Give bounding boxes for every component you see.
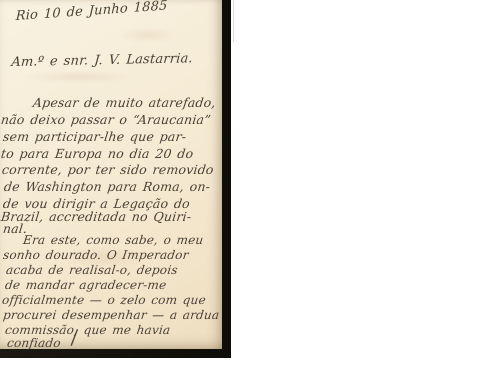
letter-line: to para Europa no dia 20 do (0, 146, 194, 161)
letter-salutation: Am.º e snr. J. V. Lastarria. (11, 51, 194, 70)
letter-line: Era este, como sabe, o meu (22, 233, 204, 247)
letter-line: procurei desempenhar — a ardua (2, 308, 220, 322)
letter-line: sonho dourado. O Imperador (2, 248, 189, 262)
ink-showthrough (118, 26, 178, 44)
letter-line: de mandar agradecer-me (4, 278, 167, 292)
letter-line: de Washington para Roma, on- (3, 179, 211, 194)
letter-line: acaba de realisal-o, depois (5, 263, 178, 277)
letter-paper: Rio 10 de Junho 1885 Am.º e snr. J. V. L… (0, 0, 222, 349)
letter-line: Brazil, accreditada no Quiri- (0, 209, 192, 224)
letter-line: officialmente — o zelo com que (1, 293, 206, 307)
letter-line: confiado (6, 336, 61, 350)
letter-line: não deixo passar o “Araucania” (0, 112, 212, 127)
letter-line: Apesar de muito atarefado, (32, 95, 216, 110)
letter-line: corrente, por ter sido removido (1, 162, 214, 177)
ink-showthrough (20, 70, 140, 84)
letter-line: commissão, que me havia (4, 323, 171, 337)
scan-page: Rio 10 de Junho 1885 Am.º e snr. J. V. L… (0, 0, 480, 371)
letter-date: Rio 10 de Junho 1885 (15, 0, 167, 24)
scan-edge-artifact (233, 0, 234, 42)
letter-line: sem participar-lhe que par- (2, 129, 187, 144)
